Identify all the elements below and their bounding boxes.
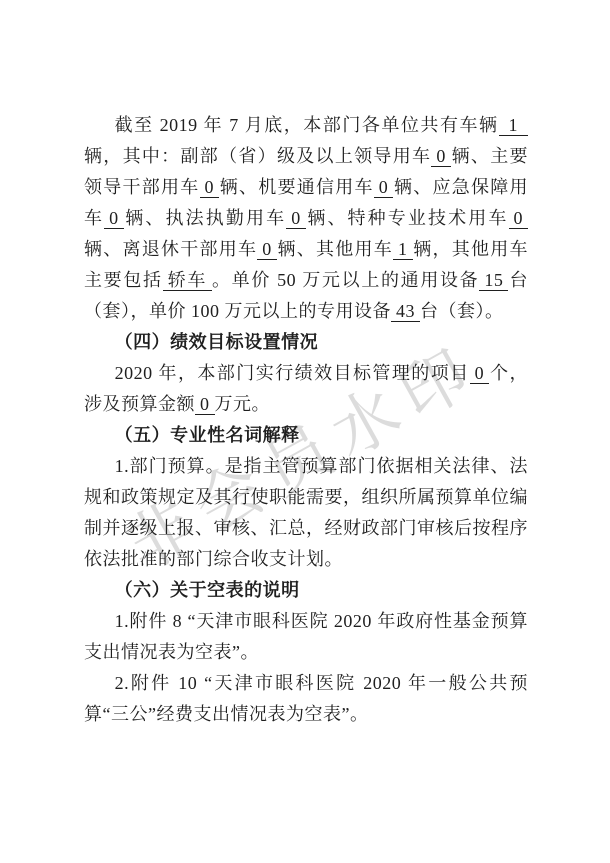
text-segment: 。单价 50 万元以上的通用设备 bbox=[212, 270, 479, 290]
underlined-value: 0 bbox=[470, 363, 490, 384]
text-segment: 台（套）。 bbox=[420, 301, 504, 321]
empty-table-note-2: 2.附件 10 “天津市眼科医院 2020 年一般公共预算“三公”经费支出情况表… bbox=[84, 668, 528, 730]
underlined-value: 0 bbox=[286, 208, 306, 229]
underlined-value: 0 bbox=[431, 146, 451, 167]
text-segment: 辆、特种专业技术用车 bbox=[306, 208, 509, 228]
section-heading-terminology: （五）专业性名词解释 bbox=[84, 420, 528, 451]
text-segment: 截至 2019 年 7 月底，本部门各单位共有车辆 bbox=[115, 115, 499, 135]
underlined-value: 0 bbox=[104, 208, 124, 229]
underlined-value: 1 bbox=[393, 239, 413, 260]
text-segment: 辆、执法执勤用车 bbox=[124, 208, 287, 228]
text-segment: 辆、离退休干部用车 bbox=[84, 239, 257, 259]
empty-table-note-1: 1.附件 8 “天津市眼科医院 2020 年政府性基金预算支出情况表为空表”。 bbox=[84, 606, 528, 668]
underlined-value: 轿车 bbox=[163, 270, 212, 291]
performance-target-paragraph: 2020 年，本部门实行绩效目标管理的项目0个，涉及预算金额0万元。 bbox=[84, 358, 528, 420]
document-content: 截至 2019 年 7 月底，本部门各单位共有车辆1辆，其中：副部（省）级及以上… bbox=[84, 110, 528, 730]
underlined-value: 0 bbox=[374, 177, 394, 198]
document-page: 非会员水印 截至 2019 年 7 月底，本部门各单位共有车辆1辆，其中：副部（… bbox=[0, 0, 610, 863]
term-definition-paragraph: 1.部门预算。是指主管预算部门依据相关法律、法规和政策规定及其行使职能需要，组织… bbox=[84, 451, 528, 575]
underlined-value: 43 bbox=[391, 301, 420, 322]
section-heading-performance-targets: （四）绩效目标设置情况 bbox=[84, 327, 528, 358]
text-segment: 辆、机要通信用车 bbox=[219, 177, 374, 197]
text-segment: 万元。 bbox=[215, 394, 271, 414]
underlined-value: 0 bbox=[195, 394, 215, 415]
underlined-value: 15 bbox=[479, 270, 508, 291]
text-segment: 2020 年，本部门实行绩效目标管理的项目 bbox=[115, 363, 470, 383]
section-heading-empty-tables: （六）关于空表的说明 bbox=[84, 575, 528, 606]
underlined-value: 0 bbox=[200, 177, 220, 198]
vehicle-stats-paragraph: 截至 2019 年 7 月底，本部门各单位共有车辆1辆，其中：副部（省）级及以上… bbox=[84, 110, 528, 327]
underlined-value: 0 bbox=[509, 208, 529, 229]
underlined-value: 1 bbox=[499, 115, 529, 136]
text-segment: 辆、其他用车 bbox=[277, 239, 393, 259]
underlined-value: 0 bbox=[257, 239, 277, 260]
text-segment: 辆，其中：副部（省）级及以上领导用车 bbox=[84, 146, 431, 166]
